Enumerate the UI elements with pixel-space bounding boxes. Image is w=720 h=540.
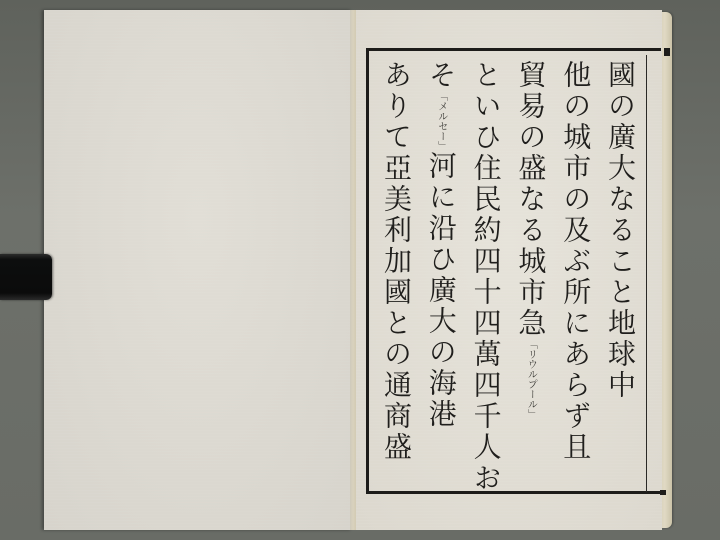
column-text: そ xyxy=(425,60,458,91)
text-column-3: 貿易の盛なる城市急「リウルプール」 xyxy=(510,60,550,490)
column-text-tail: 急 xyxy=(514,308,547,339)
vertical-text-block: 國の廣大なること地球中 他の城市の及ぶ所にあらず且 貿易の盛なる城市急「リウルプ… xyxy=(370,60,646,490)
text-column-1: 國の廣大なること地球中 xyxy=(600,60,640,490)
text-column-2: 他の城市の及ぶ所にあらず且 xyxy=(555,60,595,490)
text-column-5: そ「メルセー」河に沿ひ廣大の海港 xyxy=(421,60,461,490)
column-text: 貿易の盛なる城市 xyxy=(514,60,547,308)
katakana-gloss-mersey: 「メルセー」 xyxy=(436,91,447,151)
column-text-after: 河に沿ひ廣大の海港 xyxy=(425,151,458,430)
book-clip xyxy=(0,254,52,300)
column-text: といひ住民約四十四萬四千人お xyxy=(470,60,503,494)
katakana-gloss-liverpool: 「リウルプール」 xyxy=(525,339,536,419)
text-column-4: といひ住民約四十四萬四千人お xyxy=(466,60,506,490)
left-page-blank xyxy=(44,10,352,530)
hashira-divider-line xyxy=(646,55,647,492)
hashira-mark-bottom xyxy=(660,490,666,495)
text-column-6: ありて亞美利加國との通商盛 xyxy=(376,60,416,490)
column-text: 他の城市の及ぶ所にあらず且 xyxy=(559,60,592,463)
column-text: 國の廣大なること地球中 xyxy=(604,60,637,401)
hashira-mark-top xyxy=(664,48,670,56)
column-text: ありて亞美利加國との通商盛 xyxy=(380,60,413,463)
